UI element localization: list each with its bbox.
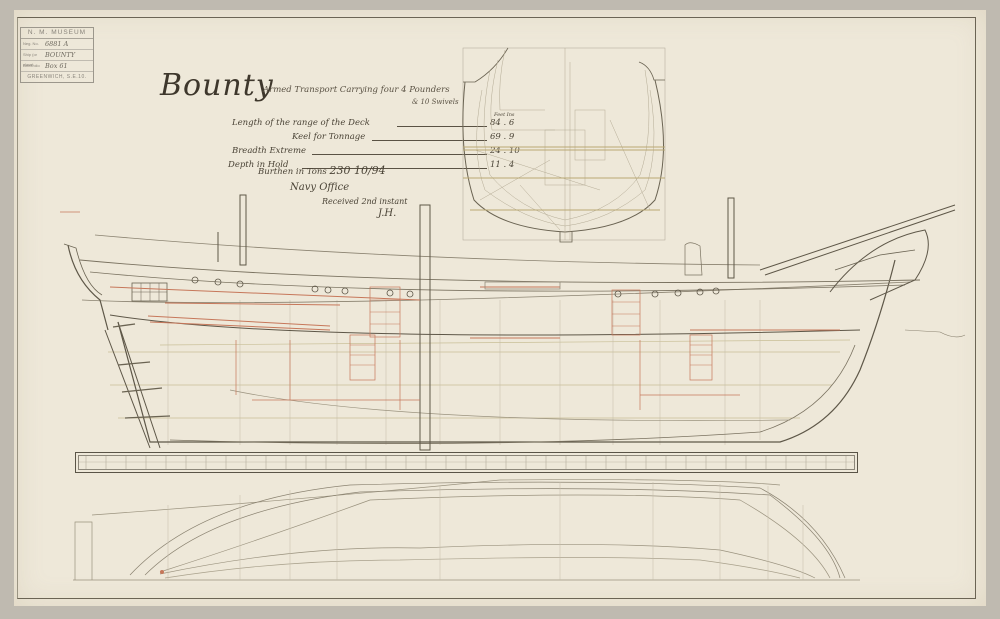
scale-bar [75,452,858,473]
half-breadth-plan [73,480,860,580]
sheer-profile [60,195,955,450]
ship-plan-drawing [0,0,1000,619]
body-plan [463,48,665,242]
scale-ticks [76,453,857,472]
